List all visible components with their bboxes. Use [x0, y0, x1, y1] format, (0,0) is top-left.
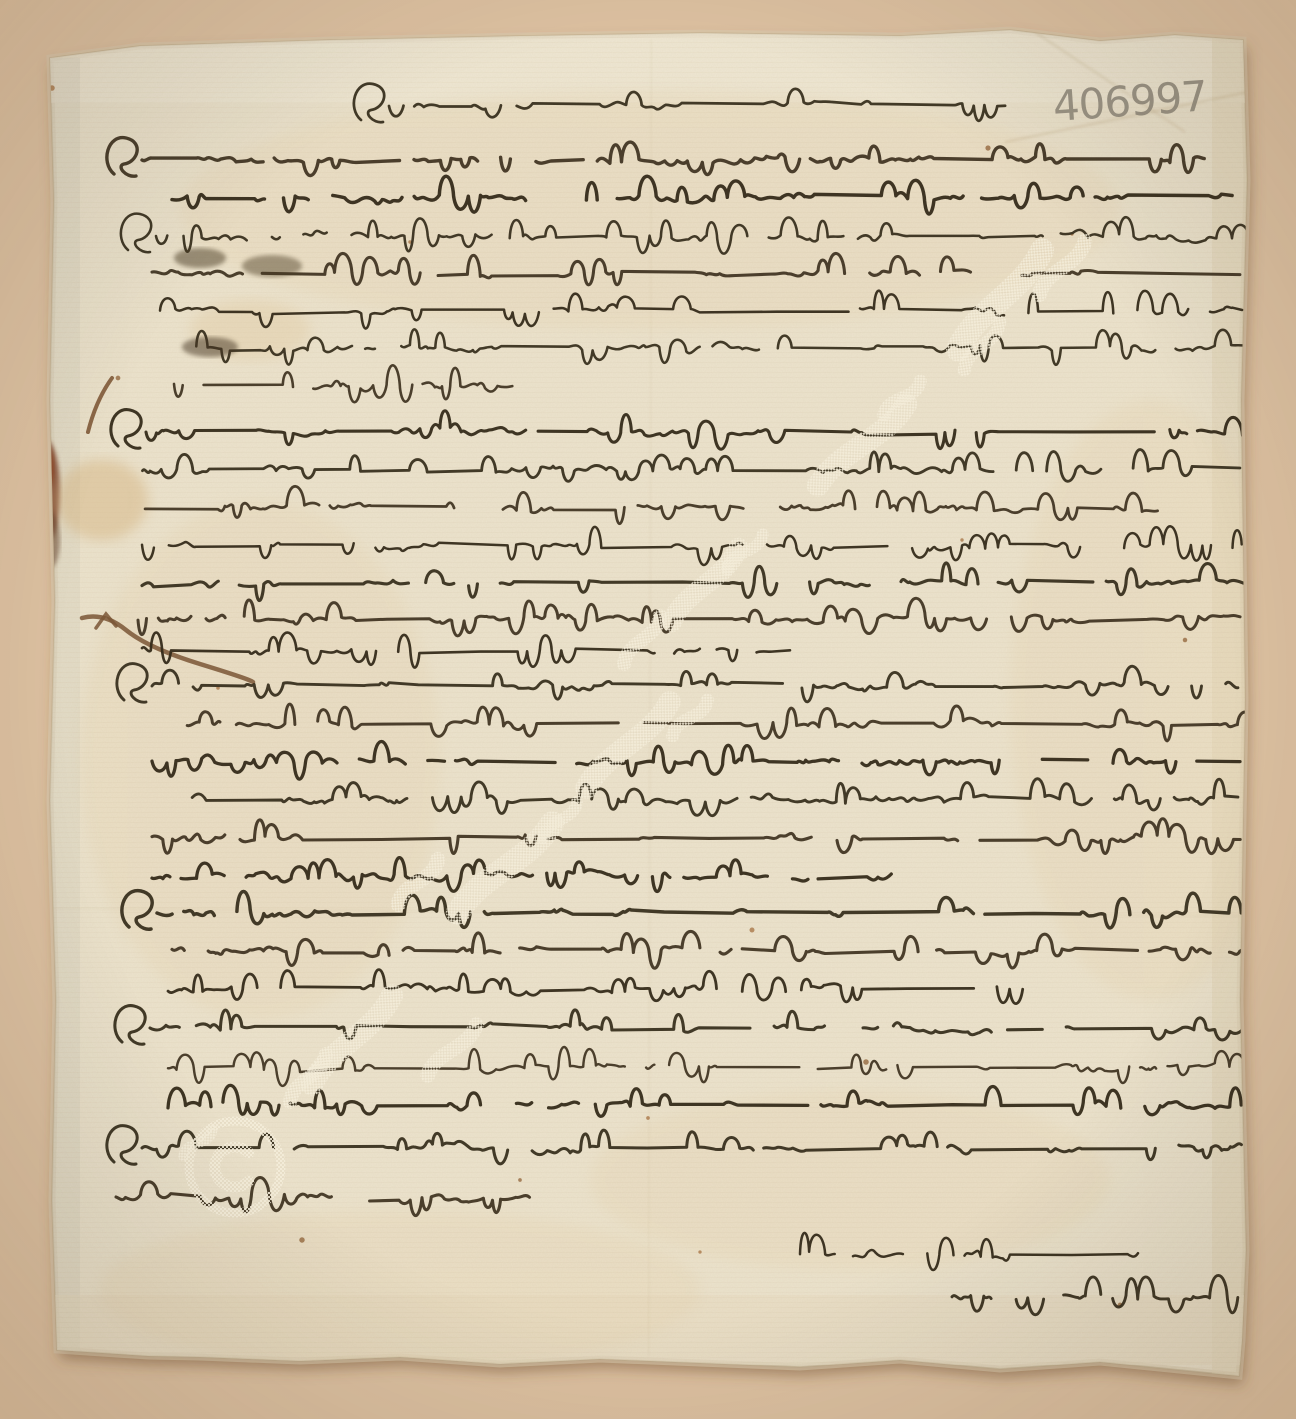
- vignette-overlay: [0, 0, 1296, 1419]
- manuscript-letter-scan: 406997: [0, 0, 1296, 1419]
- letter-page-svg: 406997: [0, 0, 1296, 1419]
